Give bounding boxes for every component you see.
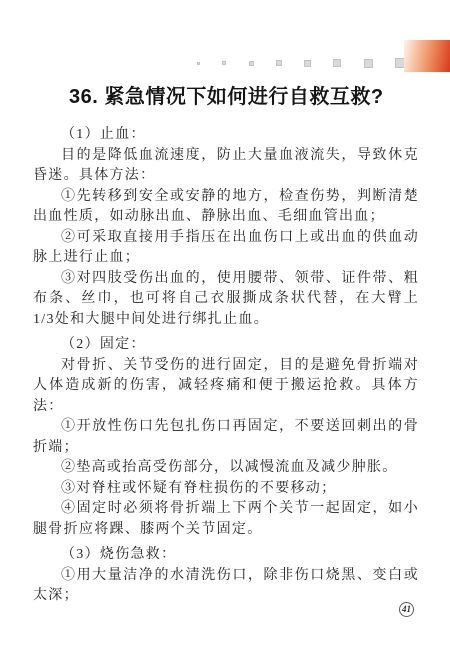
paragraph: ②可采取直接用手指压在出血伤口上或出血的供血动脉上进行止血； (33, 228, 419, 269)
paragraph: ①用大量洁净的水清洗伤口，除非伤口烧黑、变白或太深； (33, 566, 419, 607)
page-number: 41 (402, 605, 411, 614)
paragraph: ③对四肢受伤出血的，使用腰带、领带、证件带、粗布条、丝巾，也可将自己衣服撕成条状… (33, 269, 419, 331)
page-number-badge: 41 (399, 602, 414, 617)
deco-square (249, 61, 254, 66)
book-page: 36. 紧急情况下如何进行自救互救? （1）止血： 目的是降低血流速度，防止大量… (0, 0, 450, 658)
deco-square (364, 59, 373, 68)
paragraph: ③对脊柱或怀疑有脊柱损伤的不要移动； (33, 479, 419, 500)
section-hemostasis: （1）止血： 目的是降低血流速度，防止大量血液流失，导致休克昏迷。具体方法： ①… (33, 125, 419, 330)
body-text: （1）止血： 目的是降低血流速度，防止大量血液流失，导致休克昏迷。具体方法： ①… (33, 125, 419, 607)
section-heading: （3）烧伤急救： (33, 545, 419, 566)
paragraph: ①先转移到安全或安静的地方，检查伤势，判断清楚出血性质，如动脉出血、静脉出血、毛… (33, 187, 419, 228)
paragraph: ②垫高或抬高受伤部分，以减慢流血及减少肿胀。 (33, 458, 419, 479)
section-heading: （1）止血： (33, 125, 419, 146)
paragraph: 对骨折、关节受伤的进行固定，目的是避免骨折端对人体造成新的伤害，减轻疼痛和便于搬… (33, 356, 419, 418)
page-title: 36. 紧急情况下如何进行自救互救? (69, 84, 429, 110)
accent-gradient-block (404, 40, 450, 72)
paragraph: 目的是降低血流速度，防止大量血液流失，导致休克昏迷。具体方法： (33, 146, 419, 187)
paragraph: ④固定时必须将骨折端上下两个关节一起固定，如小腿骨折应将踝、膝两个关节固定。 (33, 499, 419, 540)
deco-square (276, 60, 282, 66)
deco-square (197, 62, 200, 65)
header-decoration (197, 56, 405, 70)
section-fixation: （2）固定： 对骨折、关节受伤的进行固定，目的是避免骨折端对人体造成新的伤害，减… (33, 335, 419, 540)
paragraph: ①开放性伤口先包扎伤口再固定，不要送回刺出的骨折端； (33, 417, 419, 458)
section-heading: （2）固定： (33, 335, 419, 356)
deco-square (333, 59, 341, 67)
deco-square (304, 60, 311, 67)
section-burn-first-aid: （3）烧伤急救： ①用大量洁净的水清洗伤口，除非伤口烧黑、变白或太深； (33, 545, 419, 607)
deco-square (222, 61, 226, 65)
